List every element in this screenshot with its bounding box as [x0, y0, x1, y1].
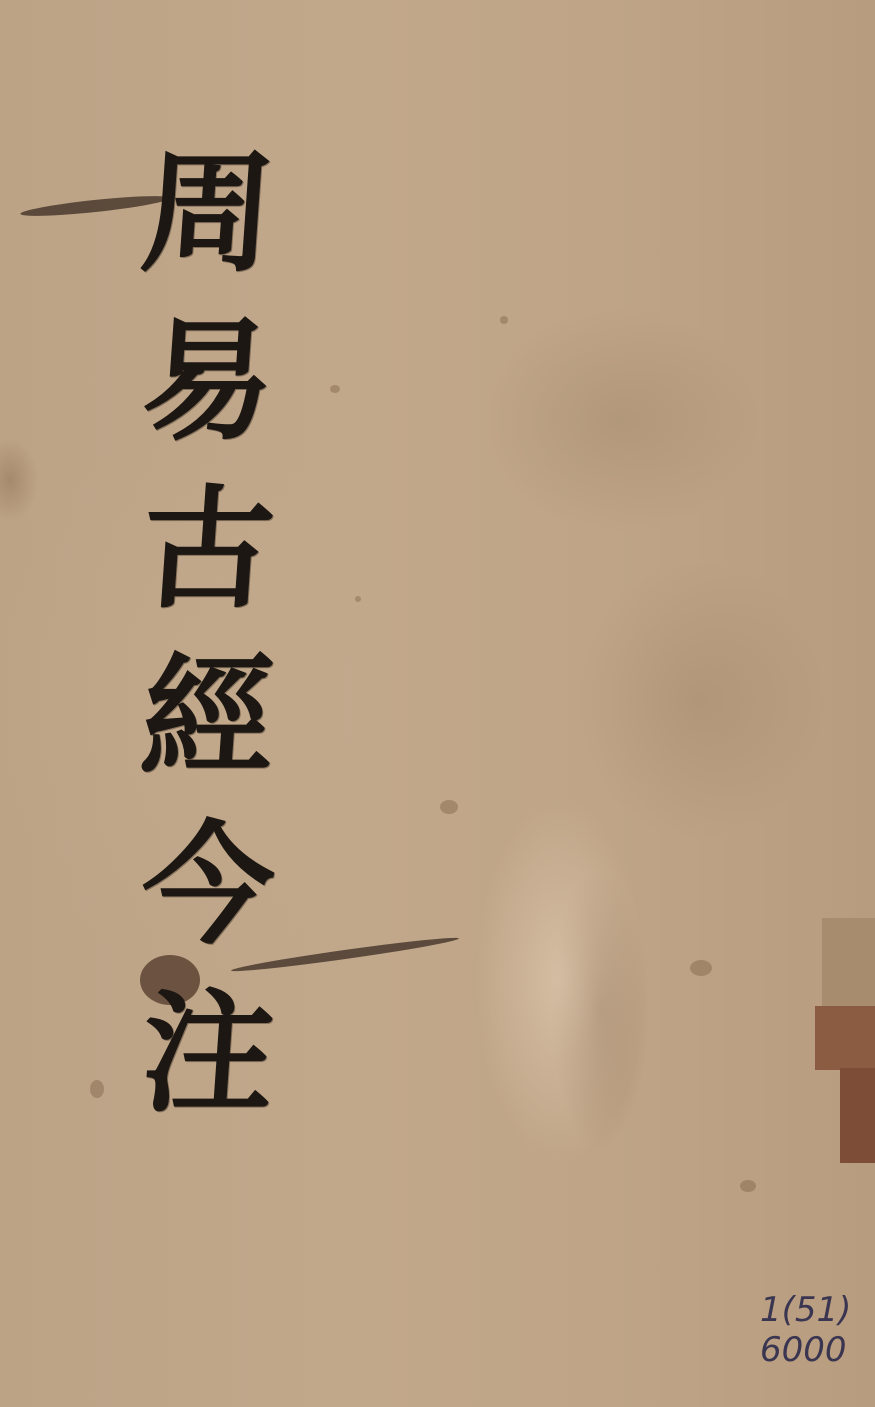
stain-spot [690, 960, 712, 976]
stain-spot [440, 800, 458, 814]
stain-spot [355, 596, 361, 602]
book-title: 周 易 古 經 今 注 [118, 130, 298, 1138]
title-char: 經 [136, 634, 280, 802]
catalog-line-1: 1(51) [760, 1290, 851, 1330]
catalog-number: 1(51) 6000 [760, 1290, 851, 1370]
stain-spot [740, 1180, 756, 1192]
title-char: 周 [136, 130, 280, 298]
catalog-line-2: 6000 [760, 1330, 851, 1370]
library-label-middle [815, 1006, 875, 1070]
title-char: 今 [136, 802, 280, 970]
library-label-bottom [840, 1068, 875, 1163]
stain-spot [90, 1080, 104, 1098]
title-char: 易 [136, 298, 280, 466]
book-cover: 周 易 古 經 今 注 1(51) 6000 [0, 0, 875, 1407]
stain-spot [330, 385, 340, 393]
library-label-top [822, 918, 875, 1008]
title-char: 古 [136, 466, 280, 634]
title-char: 注 [136, 970, 280, 1138]
stain-spot [500, 316, 508, 324]
